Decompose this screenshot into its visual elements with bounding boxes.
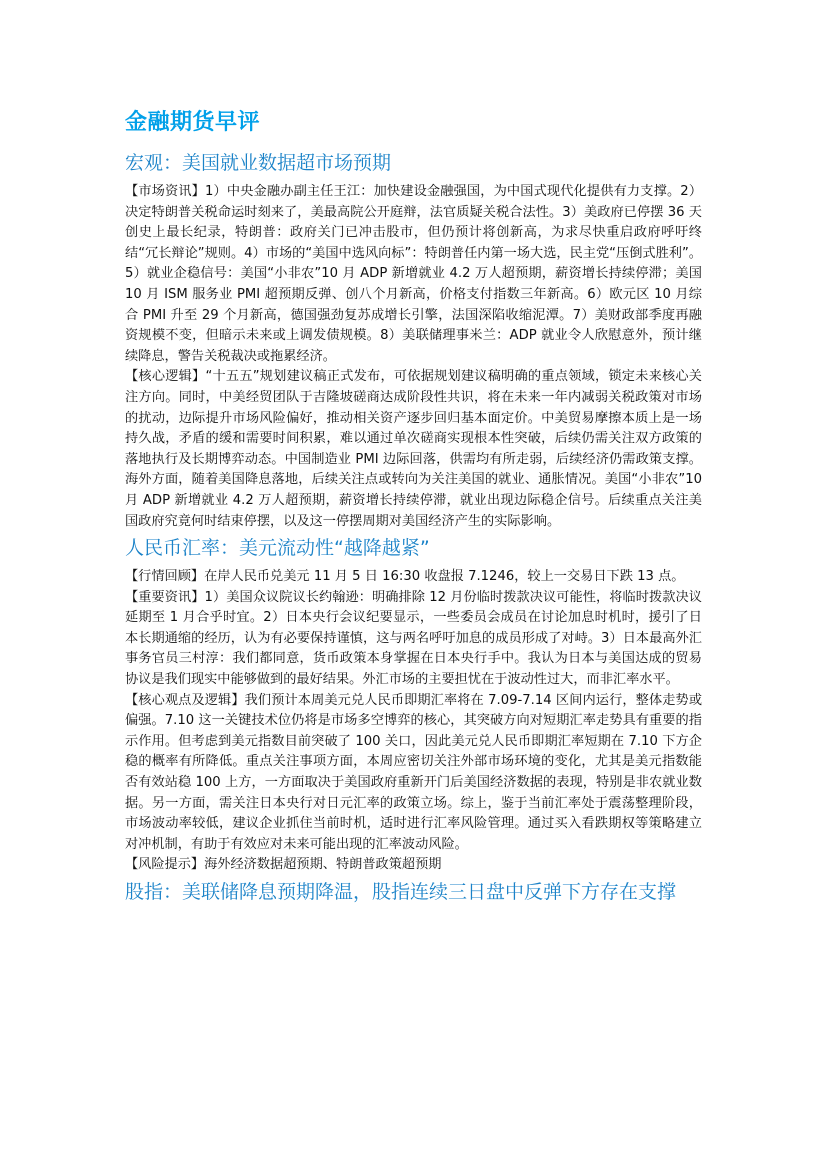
paragraph-important-news: 【重要资讯】1）美国众议院议长约翰逊：明确排除 12 月份临时拨款决议可能性，将…	[125, 588, 702, 691]
paragraph-tag: 【重要资讯】	[125, 590, 205, 605]
paragraph-text: 在岸人民币兑美元 11 月 5 日 16:30 收盘报 7.1246，较上一交易…	[204, 569, 684, 584]
paragraph-text: 1）美国众议院议长约翰逊：明确排除 12 月份临时拨款决议可能性，将临时拨款决议…	[125, 590, 702, 687]
document-page: 金融期货早评 宏观：美国就业数据超市场预期 【市场资讯】1）中央金融办副主任王江…	[125, 108, 702, 911]
paragraph-tag: 【核心逻辑】	[125, 369, 205, 384]
section-stock-index: 股指：美联储降息预期降温，股指连续三日盘中反弹下方存在支撑	[125, 879, 702, 905]
document-title: 金融期货早评	[125, 108, 702, 138]
paragraph-core-logic: 【核心逻辑】“十五五”规划建议稿正式发布，可依据规划建议稿明确的重点领域，锁定未…	[125, 367, 702, 532]
paragraph-core-view: 【核心观点及逻辑】我们预计本周美元兑人民币即期汇率将在 7.09-7.14 区间…	[125, 691, 702, 856]
paragraph-risk-warning: 【风险提示】海外经济数据超预期、特朗普政策超预期	[125, 855, 702, 876]
section-rmb-fx: 人民币汇率：美元流动性“越降越紧” 【行情回顾】在岸人民币兑美元 11 月 5 …	[125, 535, 702, 876]
section-heading-stock-index: 股指：美联储降息预期降温，股指连续三日盘中反弹下方存在支撑	[125, 879, 702, 905]
paragraph-tag: 【核心观点及逻辑】	[125, 693, 245, 708]
paragraph-tag: 【行情回顾】	[125, 569, 204, 584]
paragraph-text: 1）中央金融办副主任王江：加快建设金融强国，为中国式现代化提供有力支撑。2）决定…	[125, 184, 702, 364]
paragraph-tag: 【风险提示】	[125, 857, 204, 872]
section-heading-rmb-fx: 人民币汇率：美元流动性“越降越紧”	[125, 535, 702, 561]
paragraph-market-review: 【行情回顾】在岸人民币兑美元 11 月 5 日 16:30 收盘报 7.1246…	[125, 567, 702, 588]
section-macro: 宏观：美国就业数据超市场预期 【市场资讯】1）中央金融办副主任王江：加快建设金融…	[125, 150, 702, 532]
paragraph-text: 我们预计本周美元兑人民币即期汇率将在 7.09-7.14 区间内运行，整体走势或…	[125, 693, 702, 852]
paragraph-tag: 【市场资讯】	[125, 184, 205, 199]
paragraph-text: “十五五”规划建议稿正式发布，可依据规划建议稿明确的重点领域，锁定未来核心关注方…	[125, 369, 702, 528]
paragraph-text: 海外经济数据超预期、特朗普政策超预期	[204, 857, 441, 872]
paragraph-market-news: 【市场资讯】1）中央金融办副主任王江：加快建设金融强国，为中国式现代化提供有力支…	[125, 182, 702, 367]
section-heading-macro: 宏观：美国就业数据超市场预期	[125, 150, 702, 176]
